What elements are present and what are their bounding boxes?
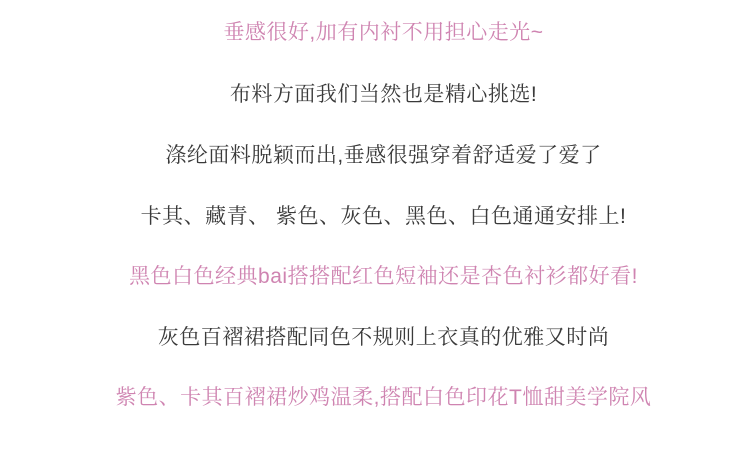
description-line-2: 布料方面我们当然也是精心挑选! [0, 82, 750, 108]
product-description-panel: 垂感很好,加有内衬不用担心走光~ 布料方面我们当然也是精心挑选! 涤纶面料脱颖而… [0, 0, 750, 460]
description-line-3: 涤纶面料脱颖而出,垂感很强穿着舒适爱了爱了 [0, 143, 750, 169]
description-line-6: 灰色百褶裙搭配同色不规则上衣真的优雅又时尚 [0, 325, 750, 351]
description-line-5: 黑色白色经典bai搭搭配红色短袖还是杏色衬衫都好看! [0, 264, 750, 290]
description-line-1: 垂感很好,加有内衬不用担心走光~ [0, 20, 750, 46]
description-line-4: 卡其、藏青、 紫色、灰色、黑色、白色通通安排上! [0, 204, 750, 230]
description-line-7: 紫色、卡其百褶裙炒鸡温柔,搭配白色印花T恤甜美学院风 [0, 385, 750, 411]
